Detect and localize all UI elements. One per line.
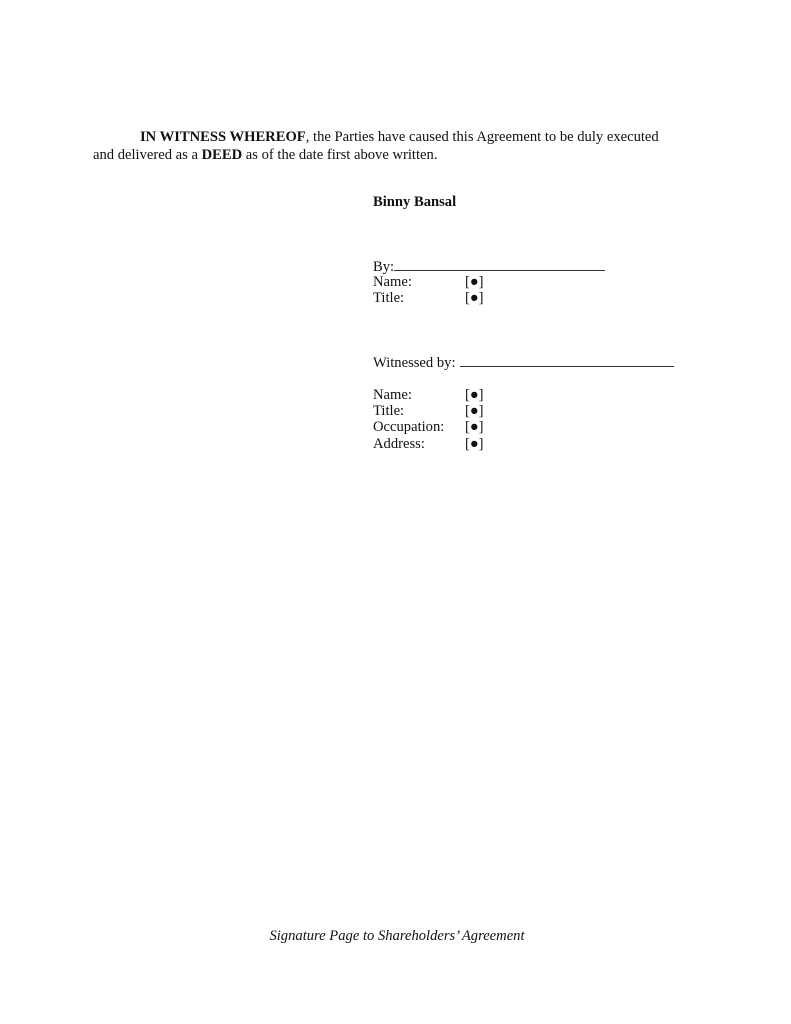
field-label: Title: xyxy=(373,403,465,420)
page-footer: Signature Page to Shareholders’ Agreemen… xyxy=(0,928,791,945)
field-value: [●] xyxy=(465,403,484,419)
witness-signature-line: Witnessed by: xyxy=(373,354,674,372)
by-label: By: xyxy=(373,259,394,275)
signatory-name: Binny Bansal xyxy=(373,194,456,211)
footer-text: Signature Page to Shareholders’ Agreemen… xyxy=(269,928,524,944)
field-label: Title: xyxy=(373,290,465,307)
witness-address-row: Address:[●] xyxy=(373,436,484,453)
field-value: [●] xyxy=(465,436,484,452)
witness-name-row: Name:[●] xyxy=(373,387,484,404)
field-label: Occupation: xyxy=(373,419,465,436)
witness-occupation-row: Occupation:[●] xyxy=(373,419,484,436)
field-label: Name: xyxy=(373,274,465,291)
paragraph-text-2: as of the date first above written. xyxy=(242,147,437,163)
deed-term: DEED xyxy=(202,147,243,163)
signature-field[interactable] xyxy=(394,258,605,271)
field-value: [●] xyxy=(465,387,484,403)
witness-signature-field[interactable] xyxy=(460,354,674,367)
witnessed-by-label: Witnessed by: xyxy=(373,355,456,371)
field-value: [●] xyxy=(465,274,484,290)
signatory-title-row: Title:[●] xyxy=(373,290,484,307)
witness-whereof-paragraph: IN WITNESS WHEREOF, the Parties have cau… xyxy=(93,128,683,164)
field-label: Address: xyxy=(373,436,465,453)
field-value: [●] xyxy=(465,419,484,435)
witness-whereof-heading: IN WITNESS WHEREOF xyxy=(140,129,306,145)
field-label: Name: xyxy=(373,387,465,404)
witness-title-row: Title:[●] xyxy=(373,403,484,420)
field-value: [●] xyxy=(465,290,484,306)
signatory-name-row: Name:[●] xyxy=(373,274,484,291)
